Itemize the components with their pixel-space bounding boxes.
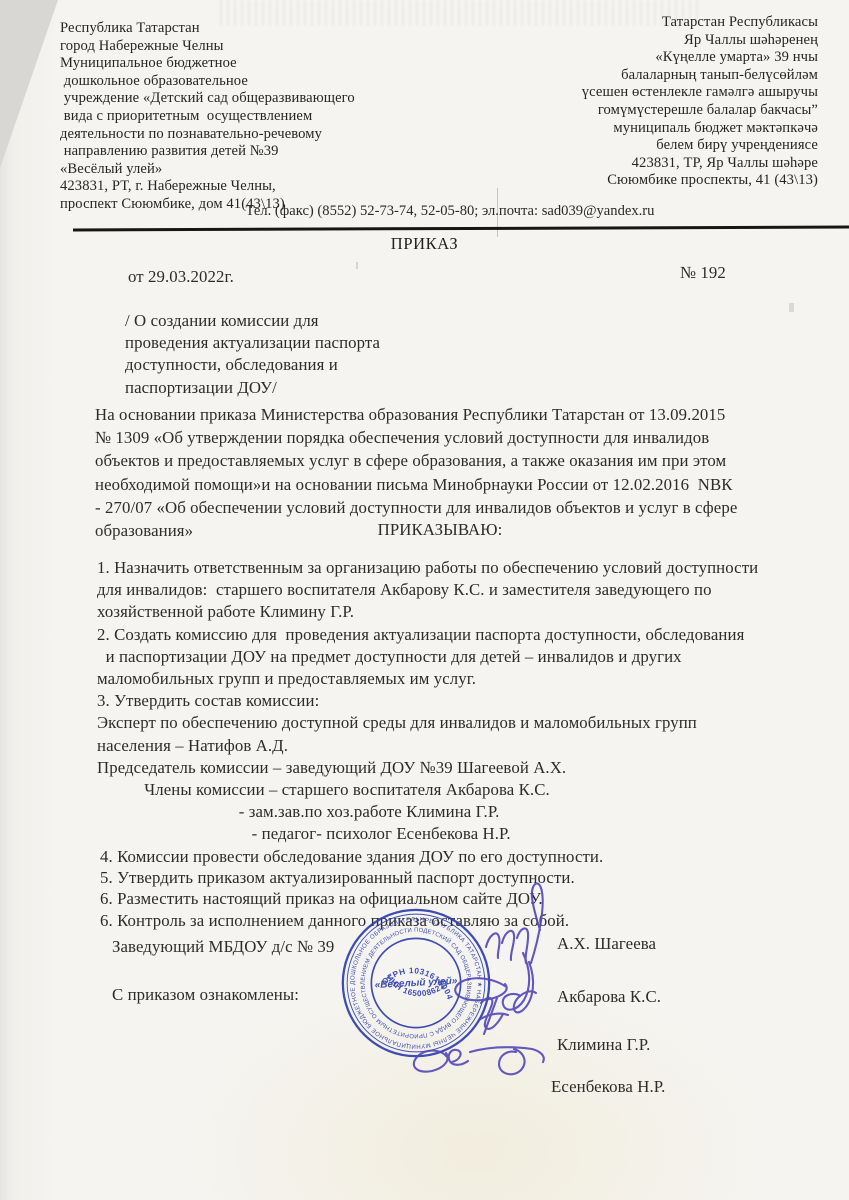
order-word: ПРИКАЗЫВАЮ: <box>40 519 840 541</box>
official-round-stamp: РЕСПУБЛИКА ТАТАРСТАН ★ НАБЕРЕЖНЫЕ ЧЕЛНЫ … <box>340 907 492 1059</box>
head-signature-label: Заведующий МБДОУ д/с № 39 <box>112 936 334 958</box>
scan-speck <box>356 262 358 269</box>
order-number: № 192 <box>680 262 726 284</box>
order-title: ПРИКАЗ <box>0 234 849 254</box>
letterhead-tatar: Татарстан Республикасы Яр Чаллы шәһәрене… <box>438 14 818 190</box>
stamp-graphic: РЕСПУБЛИКА ТАТАРСТАН ★ НАБЕРЕЖНЫЕ ЧЕЛНЫ … <box>340 907 492 1059</box>
order-date: от 29.03.2022г. <box>128 266 234 288</box>
letterhead-divider <box>73 226 849 232</box>
scan-speck <box>789 303 794 312</box>
acknowledged-label: С приказом ознакомлены: <box>112 984 299 1006</box>
signature-name-esenbekova: Есенбекова Н.Р. <box>551 1076 665 1098</box>
scanned-order-page: Республика Татарстан город Набережные Че… <box>0 0 849 1200</box>
order-subject: / О создании комиссии для проведения акт… <box>125 310 545 399</box>
order-items-1-3: 1. Назначить ответственным за организаци… <box>97 557 842 846</box>
signature-name-shageeva: А.Х. Шагеева <box>557 933 656 955</box>
contact-line: Тел. (факс) (8552) 52-73-74, 52-05-80; э… <box>75 203 825 220</box>
signature-name-akbarova: Акбарова К.С. <box>557 986 661 1008</box>
letterhead-russian: Республика Татарстан город Набережные Че… <box>60 20 430 214</box>
signature-name-klimina: Климина Г.Р. <box>557 1034 650 1056</box>
